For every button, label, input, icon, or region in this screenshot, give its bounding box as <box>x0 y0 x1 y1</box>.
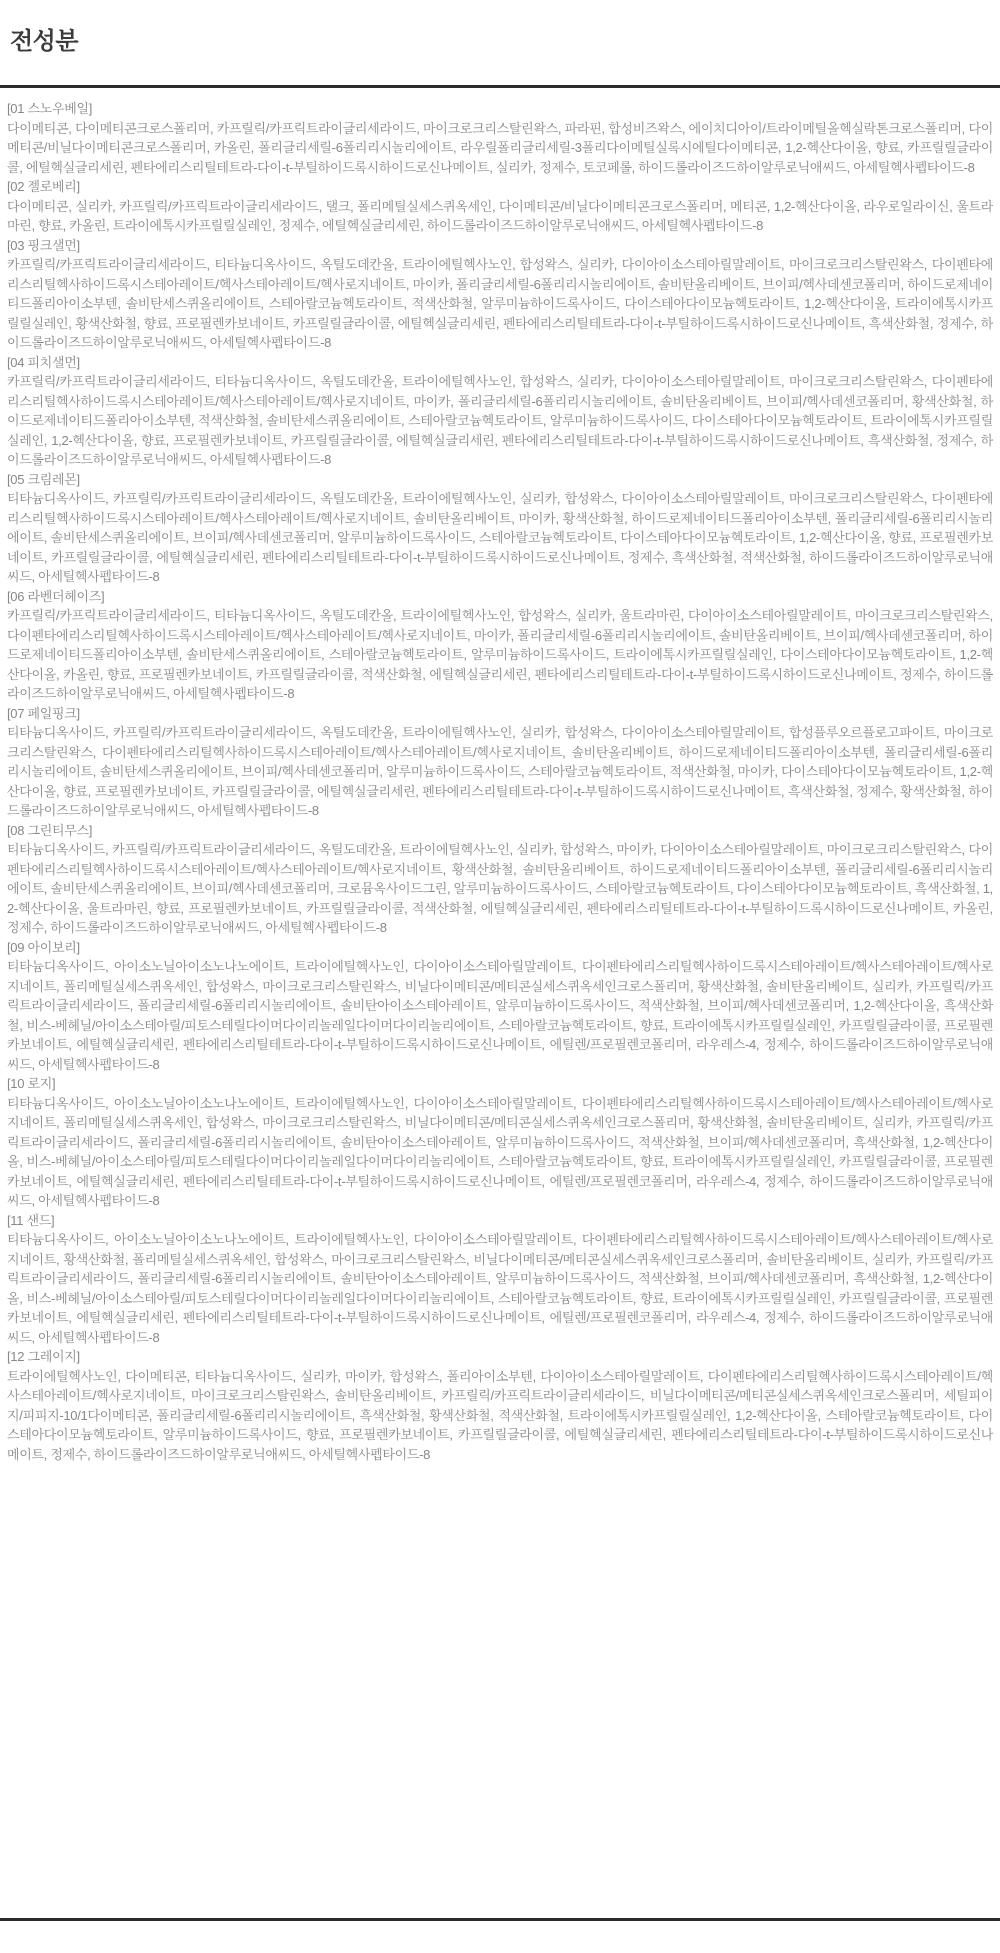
section-ingredients: 카프릴릭/카프릭트라이글리세라이드, 티타늄디옥사이드, 옥틸도데칸올, 트라이… <box>7 255 993 353</box>
ingredients-page: 전성분 [01 스노우베일] 다이메티콘, 다이메티콘크로스폴리머, 카프릴릭/… <box>0 0 1000 1953</box>
bottom-divider <box>0 1918 1000 1921</box>
section-ingredients: 티타늄디옥사이드, 아이소노닐아이소노나노에이트, 트라이에틸헥사노인, 다이아… <box>7 957 993 1074</box>
section-ingredients: 티타늄디옥사이드, 카프릴릭/카프릭트라이글리세라이드, 옥틸도데칸올, 트라이… <box>7 723 993 821</box>
section-label: [04 피치샐먼] <box>7 353 993 373</box>
section-ingredients: 트라이에틸헥사노인, 다이메티콘, 티타늄디옥사이드, 실리카, 마이카, 합성… <box>7 1367 993 1465</box>
section-ingredients: 티타늄디옥사이드, 아이소노닐아이소노나노에이트, 트라이에틸헥사노인, 다이아… <box>7 1094 993 1211</box>
page-title: 전성분 <box>0 0 1000 58</box>
section-ingredients: 티타늄디옥사이드, 아이소노닐아이소노나노에이트, 트라이에틸헥사노인, 다이아… <box>7 1230 993 1347</box>
section-label: [12 그레이지] <box>7 1347 993 1367</box>
ingredient-section: [03 핑크샐먼] 카프릴릭/카프릭트라이글리세라이드, 티타늄디옥사이드, 옥… <box>7 236 993 353</box>
ingredient-section: [04 피치샐먼] 카프릴릭/카프릭트라이글리세라이드, 티타늄디옥사이드, 옥… <box>7 353 993 470</box>
section-label: [11 샌드] <box>7 1211 993 1231</box>
ingredient-section: [01 스노우베일] 다이메티콘, 다이메티콘크로스폴리머, 카프릴릭/카프릭트… <box>7 99 993 177</box>
ingredient-section: [12 그레이지] 트라이에틸헥사노인, 다이메티콘, 티타늄디옥사이드, 실리… <box>7 1347 993 1464</box>
section-ingredients: 티타늄디옥사이드, 카프릴릭/카프릭트라이글리세라이드, 옥틸도데칸올, 트라이… <box>7 840 993 938</box>
section-ingredients: 다이메티콘, 실리카, 카프릴릭/카프릭트라이글리세라이드, 탤크, 폴리메틸실… <box>7 197 993 236</box>
section-label: [09 아이보리] <box>7 938 993 958</box>
section-label: [01 스노우베일] <box>7 99 993 119</box>
ingredient-section: [02 젤로베리] 다이메티콘, 실리카, 카프릴릭/카프릭트라이글리세라이드,… <box>7 177 993 236</box>
ingredient-section: [09 아이보리] 티타늄디옥사이드, 아이소노닐아이소노나노에이트, 트라이에… <box>7 938 993 1075</box>
ingredient-section: [07 페일핑크] 티타늄디옥사이드, 카프릴릭/카프릭트라이글리세라이드, 옥… <box>7 704 993 821</box>
ingredient-section: [08 그린티무스] 티타늄디옥사이드, 카프릴릭/카프릭트라이글리세라이드, … <box>7 821 993 938</box>
ingredient-section: [05 크림레몬] 티타늄디옥사이드, 카프릴릭/카프릭트라이글리세라이드, 옥… <box>7 470 993 587</box>
section-label: [05 크림레몬] <box>7 470 993 490</box>
section-label: [07 페일핑크] <box>7 704 993 724</box>
section-label: [10 로지] <box>7 1074 993 1094</box>
section-label: [02 젤로베리] <box>7 177 993 197</box>
section-ingredients: 다이메티콘, 다이메티콘크로스폴리머, 카프릴릭/카프릭트라이글리세라이드, 마… <box>7 119 993 178</box>
section-ingredients: 카프릴릭/카프릭트라이글리세라이드, 티타늄디옥사이드, 옥틸도데칸올, 트라이… <box>7 372 993 470</box>
section-ingredients: 카프릴릭/카프릭트라이글리세라이드, 티타늄디옥사이드, 옥틸도데칸올, 트라이… <box>7 606 993 704</box>
section-label: [08 그린티무스] <box>7 821 993 841</box>
ingredient-sections: [01 스노우베일] 다이메티콘, 다이메티콘크로스폴리머, 카프릴릭/카프릭트… <box>0 88 1000 1464</box>
section-ingredients: 티타늄디옥사이드, 카프릴릭/카프릭트라이글리세라이드, 옥틸도데칸올, 트라이… <box>7 489 993 587</box>
section-label: [03 핑크샐먼] <box>7 236 993 256</box>
ingredient-section: [11 샌드] 티타늄디옥사이드, 아이소노닐아이소노나노에이트, 트라이에틸헥… <box>7 1211 993 1348</box>
ingredient-section: [06 라벤더헤이즈] 카프릴릭/카프릭트라이글리세라이드, 티타늄디옥사이드,… <box>7 587 993 704</box>
ingredient-section: [10 로지] 티타늄디옥사이드, 아이소노닐아이소노나노에이트, 트라이에틸헥… <box>7 1074 993 1211</box>
section-label: [06 라벤더헤이즈] <box>7 587 993 607</box>
